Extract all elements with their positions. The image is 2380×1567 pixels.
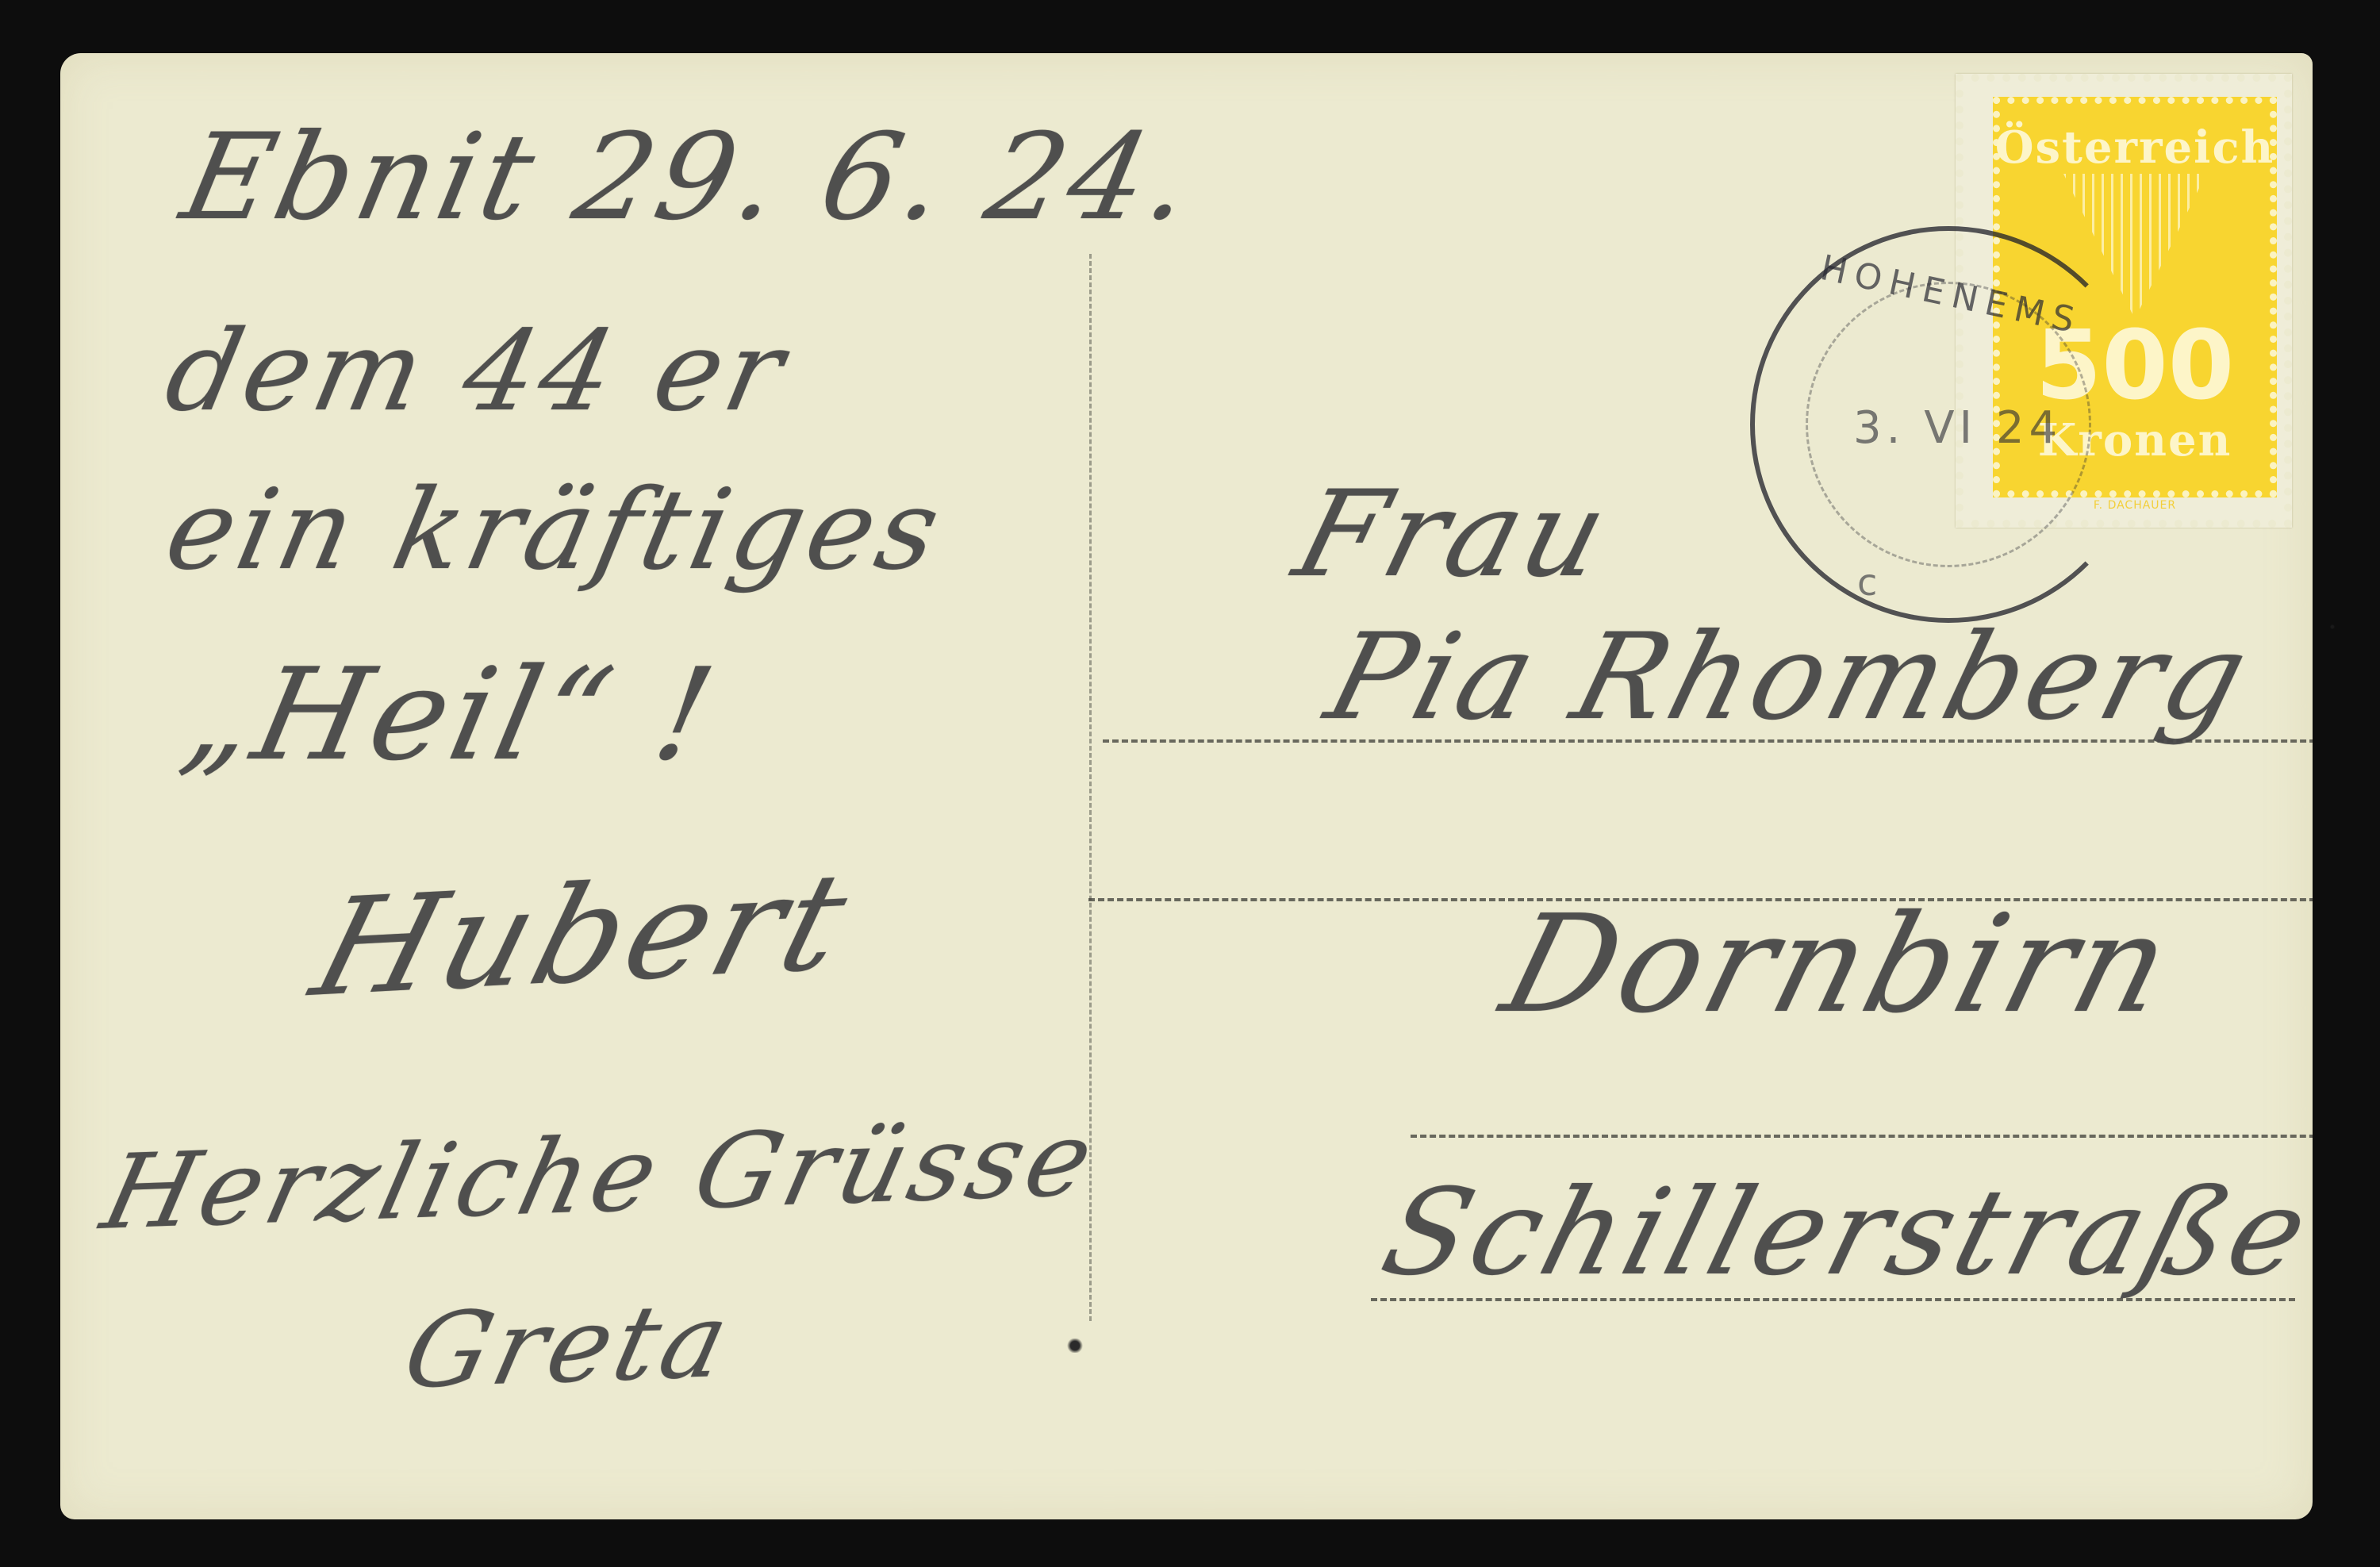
address-city: Dornbirn	[1488, 886, 2190, 1043]
postmark-date: 3. VI 24	[1853, 402, 2062, 454]
address-recipient: Pia Rhomberg	[1314, 609, 2265, 747]
ink-smudge	[1066, 1338, 1084, 1353]
postcard: Ebnit 29. 6. 24. dem 44 er ein kräftiges…	[60, 53, 2313, 1519]
address-street: Schillerstraße 12	[1369, 1164, 2313, 1302]
message-line-4: „Heil“ !	[171, 640, 730, 789]
message-line-place-date: Ebnit 29. 6. 24.	[171, 109, 1208, 247]
address-line-3	[1411, 1135, 2313, 1138]
closing-signature: Greta	[393, 1280, 744, 1411]
postmark-code: c	[1857, 561, 1877, 604]
signature: Hubert	[298, 843, 867, 1027]
message-line-2: dem 44 er	[155, 307, 799, 436]
stamp-country: Österreich	[1995, 121, 2275, 174]
address-salutation: Frau	[1282, 466, 1625, 604]
closing-greeting: Herzliche Grüsse	[92, 1098, 1108, 1253]
message-line-3: ein kräftiges	[155, 466, 954, 595]
